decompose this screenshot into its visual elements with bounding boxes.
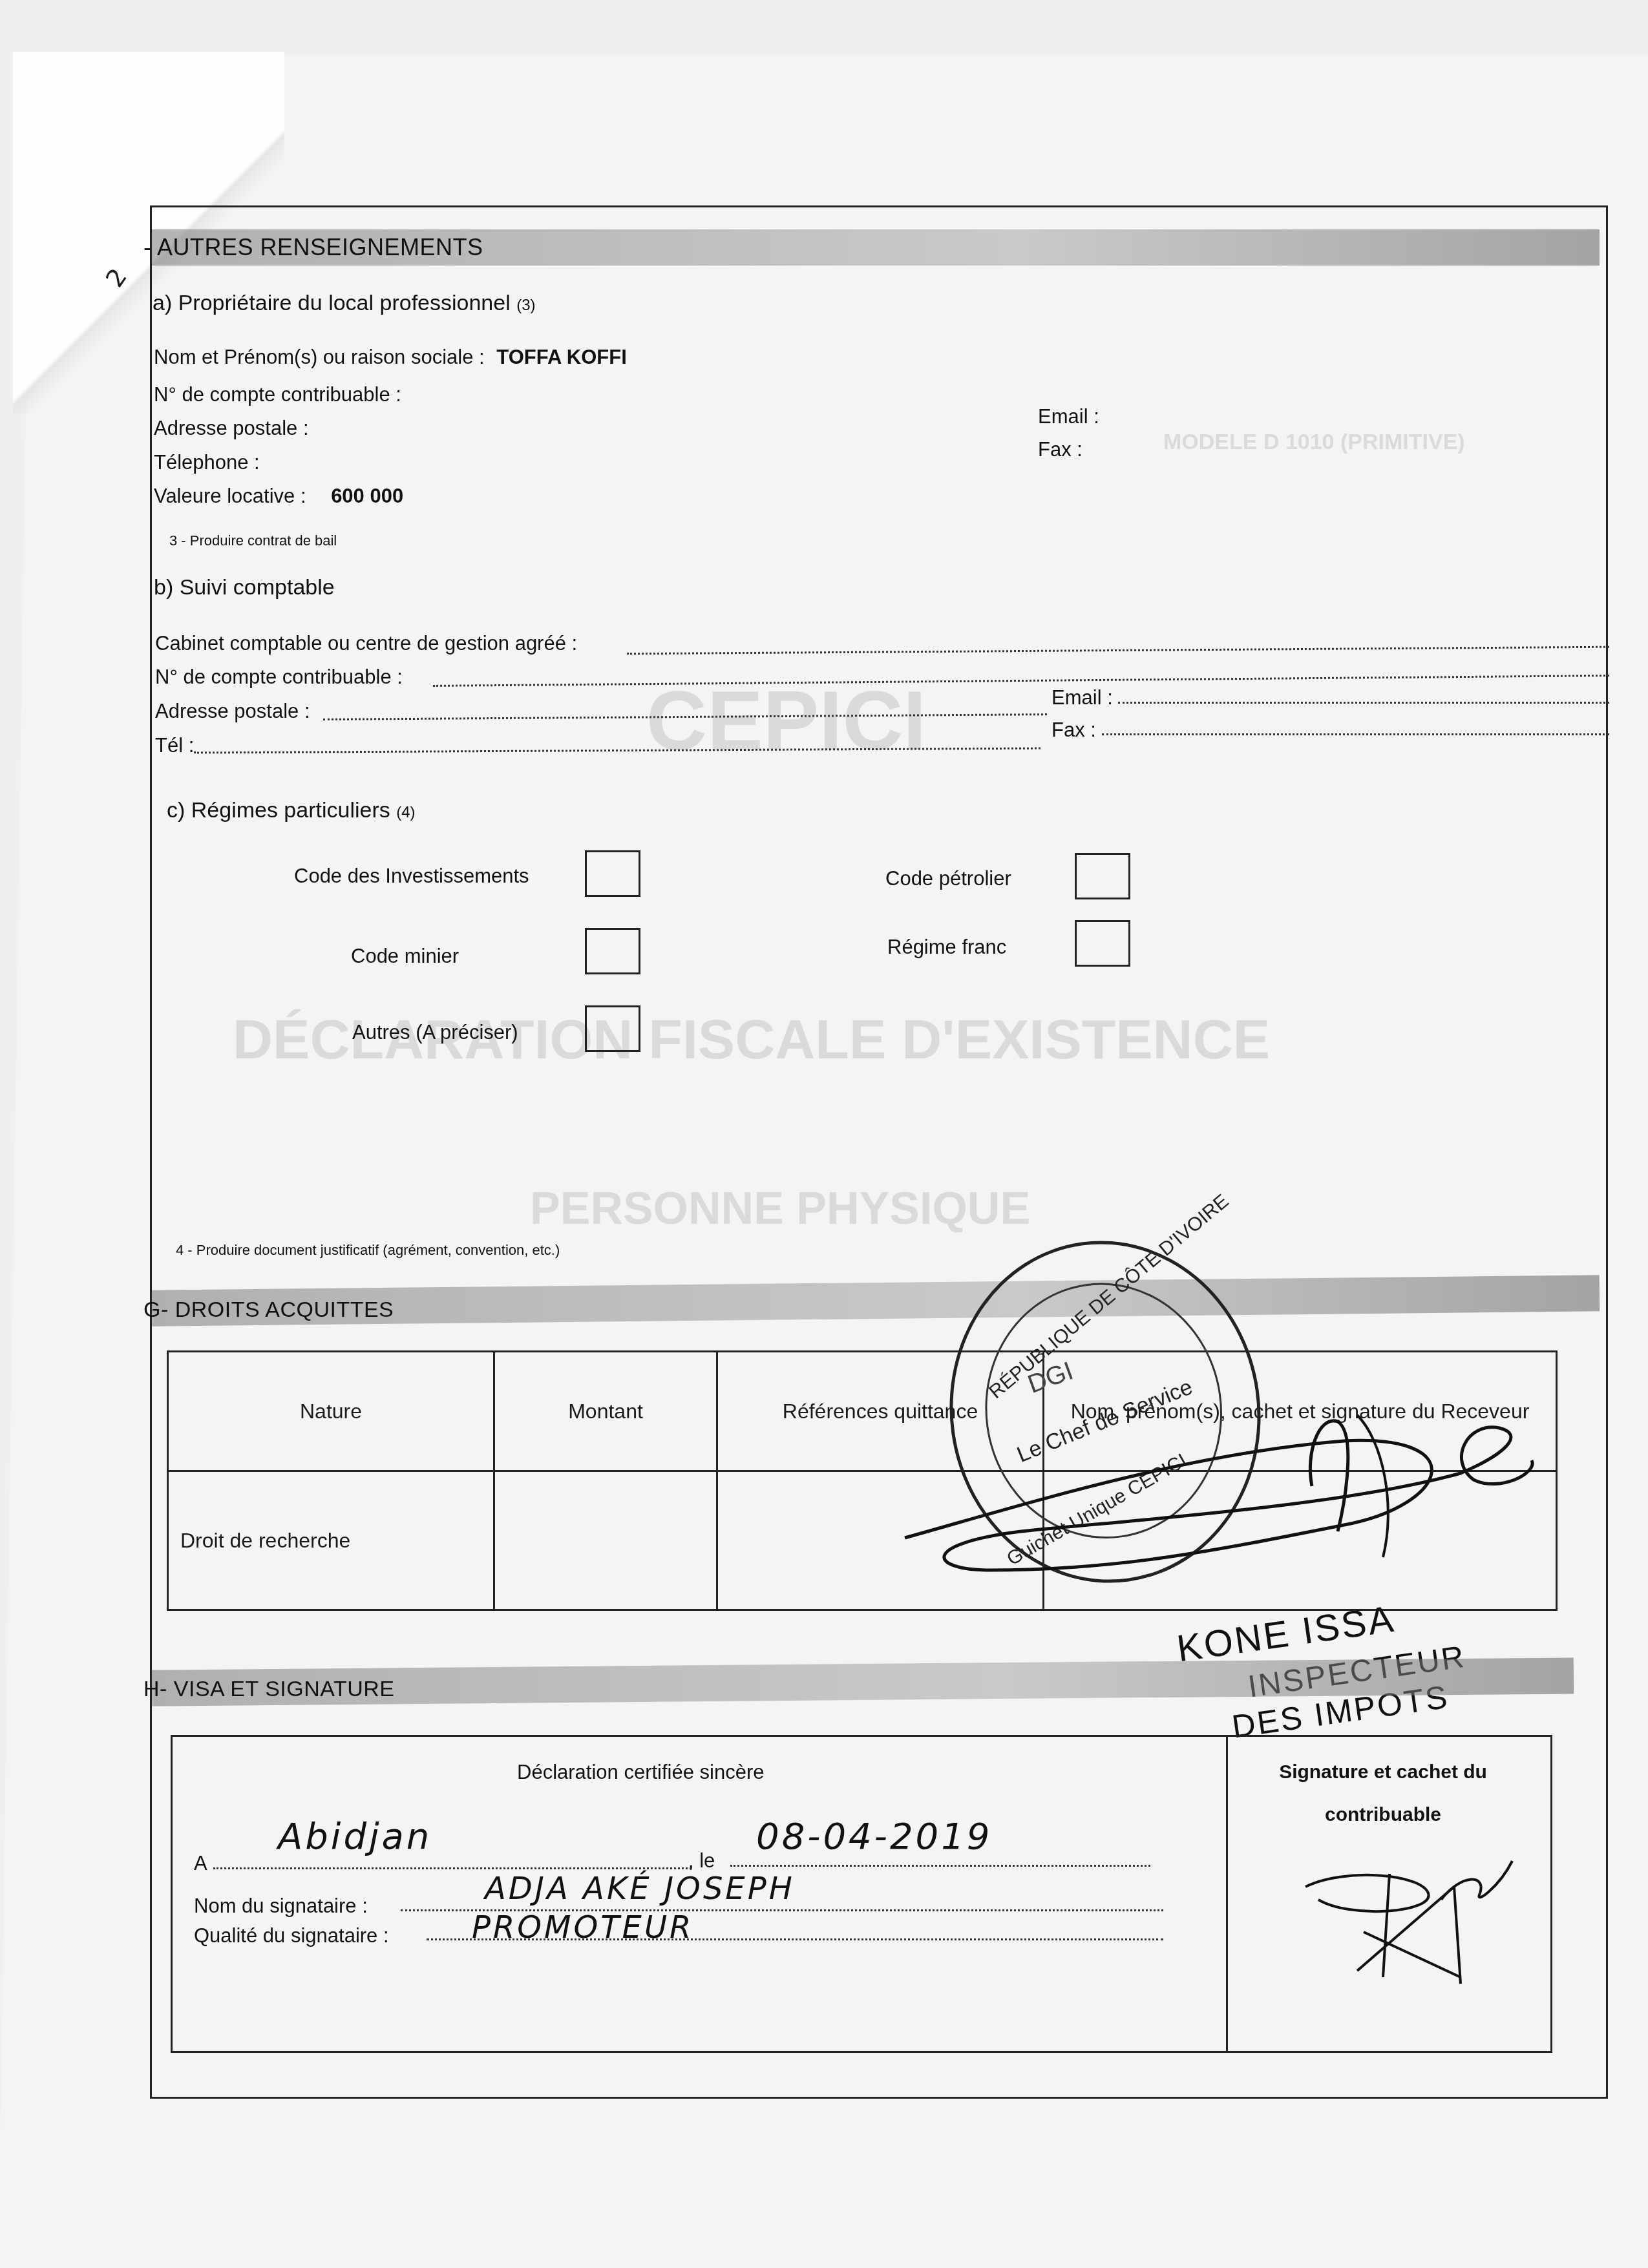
proprietaire-compte-label: N° de compte contribuable :	[154, 383, 401, 406]
proprietaire-telephone-label: Télephone :	[154, 451, 260, 474]
regimes-note-ref: (4)	[396, 804, 415, 821]
visa-divider	[1226, 1737, 1228, 2051]
proprietaire-fax-label: Fax :	[1038, 438, 1083, 461]
signataire-value[interactable]: ADJA AKÉ JOSEPH	[485, 1871, 795, 1907]
suivi-compte-label: N° de compte contribuable :	[155, 666, 403, 689]
proprietaire-title: a) Propriétaire du local professionnel (…	[153, 291, 536, 316]
lieu-label: A	[194, 1852, 207, 1875]
nom-value[interactable]: TOFFA KOFFI	[496, 346, 627, 368]
regime-label-investissements: Code des Investissements	[294, 865, 529, 888]
regimes-title-text: c) Régimes particuliers	[167, 798, 390, 823]
checkbox-code-investissements[interactable]	[585, 850, 640, 897]
checkbox-code-petrolier[interactable]	[1075, 853, 1130, 899]
regime-label-autres: Autres (A préciser)	[352, 1021, 518, 1044]
lieu-value[interactable]: Abidjan	[278, 1816, 432, 1858]
proprietaire-adresse-label: Adresse postale :	[154, 417, 309, 440]
suivi-title: b) Suivi comptable	[154, 575, 335, 600]
section-title-droits: G- DROITS ACQUITTES	[143, 1297, 394, 1323]
suivi-fax-field[interactable]	[1102, 733, 1609, 735]
proprietaire-nom-row: Nom et Prénom(s) ou raison sociale : TOF…	[154, 346, 627, 369]
checkbox-code-minier[interactable]	[585, 928, 640, 974]
suivi-adresse-label: Adresse postale :	[155, 700, 310, 723]
date-field[interactable]	[730, 1865, 1150, 1867]
signature-title-text: Signature et cachet du contribuable	[1279, 1761, 1487, 1825]
suivi-email-label: Email :	[1051, 686, 1113, 709]
proprietaire-email-label: Email :	[1038, 405, 1099, 428]
regimes-title: c) Régimes particuliers (4)	[167, 798, 416, 823]
qualite-value[interactable]: PROMOTEUR	[472, 1909, 693, 1946]
suivi-email-field[interactable]	[1118, 702, 1609, 704]
receveur-signature	[892, 1376, 1570, 1583]
section-title-visa: H- VISA ET SIGNATURE	[143, 1677, 394, 1702]
checkbox-regime-franc[interactable]	[1075, 920, 1130, 967]
regime-label-franc: Régime franc	[887, 936, 1006, 959]
lieu-field[interactable]	[213, 1867, 692, 1869]
nom-label: Nom et Prénom(s) ou raison sociale :	[154, 346, 485, 368]
proprietaire-title-text: a) Propriétaire du local professionnel	[153, 291, 511, 315]
cabinet-label: Cabinet comptable ou centre de gestion a…	[155, 632, 577, 655]
col-montant: Montant	[494, 1352, 717, 1471]
date-label: , le	[688, 1849, 715, 1873]
proprietaire-note-ref: (3)	[516, 297, 535, 314]
col-nature: Nature	[168, 1352, 494, 1471]
section-title-autres: - AUTRES RENSEIGNEMENTS	[143, 234, 483, 261]
footnote-3: 3 - Produire contrat de bail	[169, 532, 337, 549]
cell-montant[interactable]	[494, 1471, 717, 1610]
signataire-label: Nom du signataire :	[194, 1895, 368, 1918]
regime-label-petrolier: Code pétrolier	[885, 867, 1011, 890]
cell-nature: Droit de recherche	[168, 1471, 494, 1610]
proprietaire-valeur-row: Valeure locative : 600 000	[154, 485, 403, 508]
qualite-label: Qualité du signataire :	[194, 1924, 389, 1948]
suivi-tel-label: Tél :	[155, 734, 194, 757]
regime-label-minier: Code minier	[351, 945, 459, 968]
declaration-title: Déclaration certifiée sincère	[517, 1761, 765, 1784]
checkbox-autres[interactable]	[585, 1005, 640, 1052]
suivi-fax-label: Fax :	[1051, 719, 1096, 742]
contribuable-signature	[1293, 1848, 1538, 1997]
signature-title: Signature et cachet du contribuable	[1276, 1751, 1490, 1836]
footnote-4: 4 - Produire document justificatif (agré…	[176, 1242, 560, 1259]
date-value[interactable]: 08-04-2019	[756, 1816, 992, 1858]
valeur-label: Valeure locative :	[154, 485, 306, 507]
valeur-value[interactable]: 600 000	[331, 485, 403, 507]
